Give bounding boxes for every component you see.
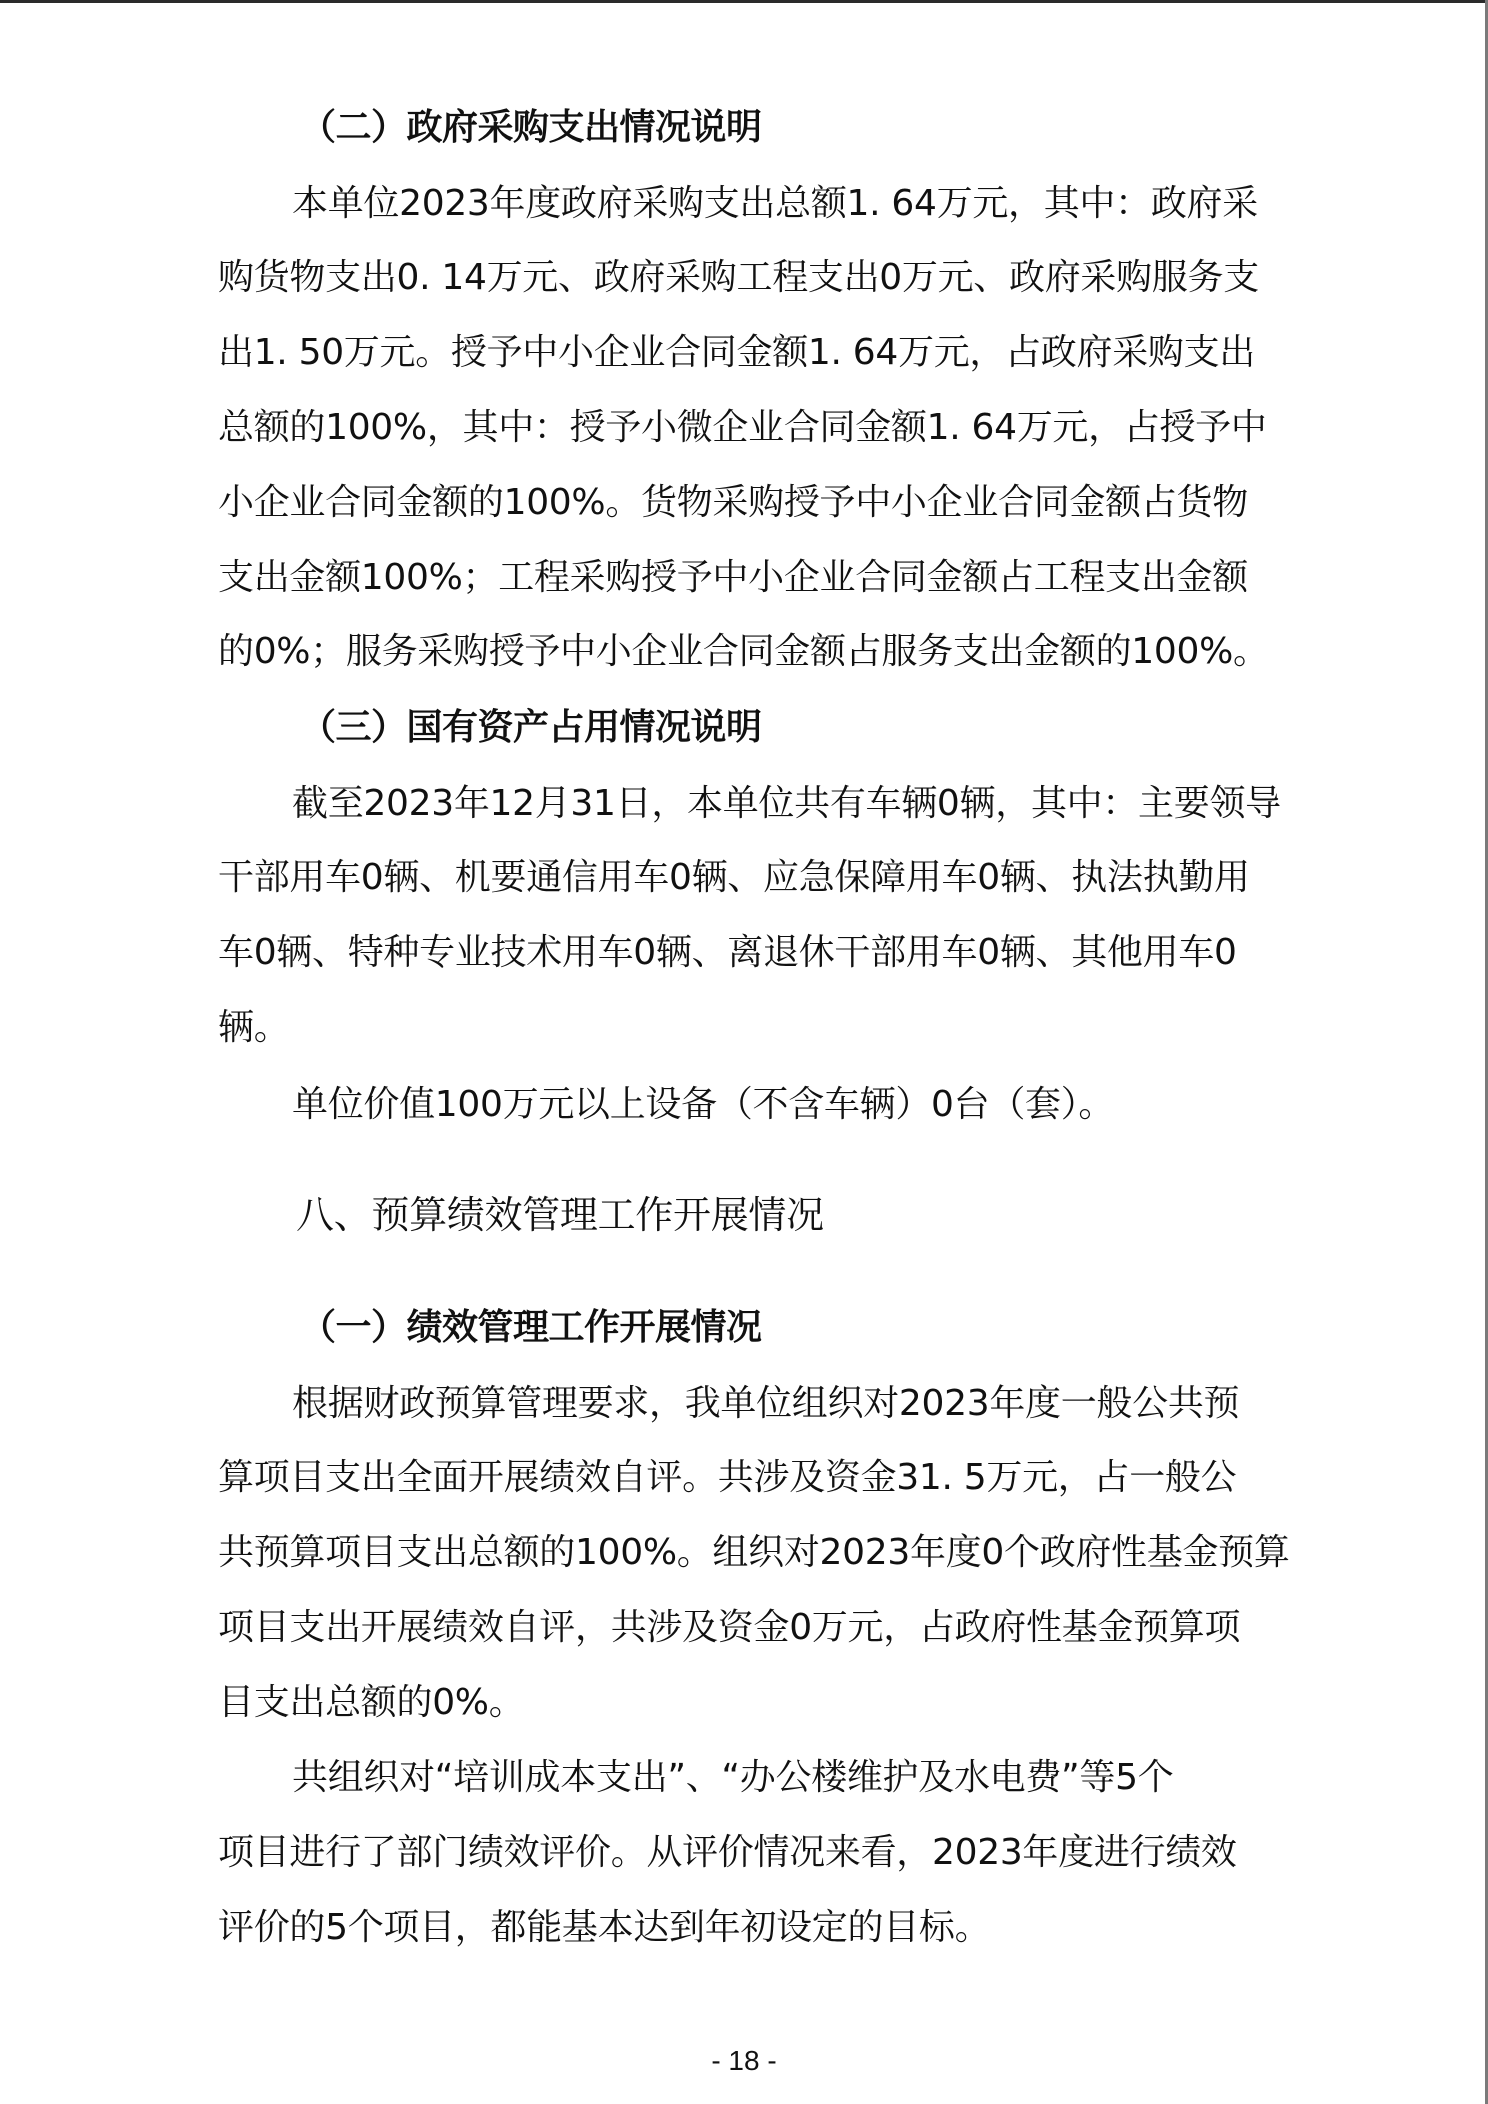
page-top-border [0, 0, 1488, 3]
paragraph-line: 项目进行了部门绩效评价。从评价情况来看，2023年度进行绩效 [218, 1831, 1237, 1875]
page-number: - 18 - [0, 2044, 1488, 2078]
paragraph-line: 支出金额100%；工程采购授予中小企业合同金额占工程支出金额 [218, 556, 1248, 600]
paragraph-line: 目支出总额的0%。 [218, 1681, 524, 1725]
paragraph-line: 干部用车0辆、机要通信用车0辆、应急保障用车0辆、执法执勤用 [218, 856, 1250, 900]
paragraph-line: 共预算项目支出总额的100%。组织对2023年度0个政府性基金预算 [218, 1531, 1290, 1575]
paragraph-line: 出1. 50万元。授予中小企业合同金额1. 64万元，占政府采购支出 [218, 331, 1255, 375]
paragraph-line: 总额的100%，其中：授予小微企业合同金额1. 64万元，占授予中 [218, 406, 1267, 450]
section-heading-state-assets: （三）国有资产占用情况说明 [300, 706, 762, 750]
paragraph-line: 项目支出开展绩效自评，共涉及资金0万元，占政府性基金预算项 [218, 1606, 1240, 1650]
paragraph-line: 本单位2023年度政府采购支出总额1. 64万元，其中：政府采 [292, 182, 1258, 226]
paragraph-line: 小企业合同金额的100%。货物采购授予中小企业合同金额占货物 [218, 481, 1248, 525]
paragraph-line: 评价的5个项目，都能基本达到年初设定的目标。 [218, 1906, 990, 1950]
paragraph-line: 购货物支出0. 14万元、政府采购工程支出0万元、政府采购服务支 [218, 256, 1259, 300]
paragraph-line: 根据财政预算管理要求，我单位组织对2023年度一般公共预 [292, 1382, 1239, 1426]
paragraph-line: 截至2023年12月31日，本单位共有车辆0辆，其中：主要领导 [292, 782, 1281, 826]
paragraph-line: 的0%；服务采购授予中小企业合同金额占服务支出金额的100%。 [218, 630, 1269, 674]
major-heading-performance-management: 八、预算绩效管理工作开展情况 [296, 1193, 824, 1237]
paragraph-line: 辆。 [218, 1006, 289, 1050]
paragraph-line: 算项目支出全面开展绩效自评。共涉及资金31. 5万元，占一般公 [218, 1456, 1236, 1500]
paragraph-line: 共组织对“培训成本支出”、“办公楼维护及水电费”等5个 [292, 1756, 1173, 1800]
section-heading-performance-work: （一）绩效管理工作开展情况 [300, 1306, 762, 1350]
paragraph-line: 单位价值100万元以上设备（不含车辆）0台（套）。 [292, 1083, 1114, 1127]
section-heading-procurement: （二）政府采购支出情况说明 [300, 106, 762, 150]
paragraph-line: 车0辆、特种专业技术用车0辆、离退休干部用车0辆、其他用车0 [218, 931, 1237, 975]
